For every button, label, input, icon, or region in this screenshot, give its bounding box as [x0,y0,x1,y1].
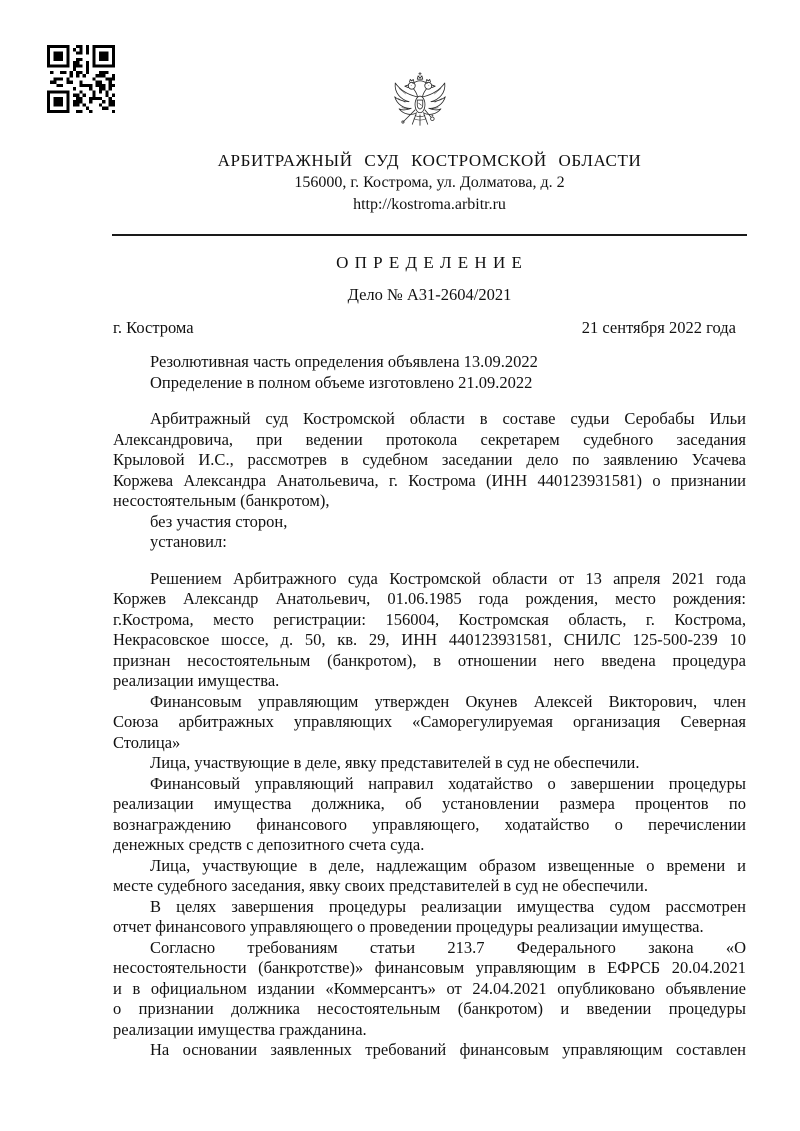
document-type-title: О П Р Е Д Е Л Е Н И Е [113,252,746,274]
text-line: Лица, участвующие в деле, надлежащим обр… [113,856,746,877]
place-date-row: г. Кострома 21 сентября 2022 года [113,318,746,338]
paragraph: Финансовым управляющим утвержден Окунев … [113,692,746,754]
paragraph: Арбитражный суд Костромской области в со… [113,409,746,512]
paragraph: Определение в полном объеме изготовлено … [113,373,746,394]
text-line: Крыловой И.С., рассмотрев в судебном зас… [113,450,746,471]
text-line: Согласно требованиям статьи 213.7 Федера… [113,938,746,959]
text-line: несостоятельным (банкротом), [113,491,746,512]
text-line: Резолютивная часть определения объявлена… [113,352,746,373]
text-line: Коржев Александр Анатольевич, 01.06.1985… [113,589,746,610]
text-line: признан несостоятельным (банкротом), в о… [113,651,746,672]
date-label: 21 сентября 2022 года [582,318,736,338]
text-line: денежных средств с депозитного счета суд… [113,835,746,856]
court-address: 156000, г. Кострома, ул. Долматова, д. 2 [113,172,746,194]
text-line: В целях завершения процедуры реализации … [113,897,746,918]
text-line: Арбитражный суд Костромской области в со… [113,409,746,430]
text-line: Александровича, при ведении протокола се… [113,430,746,451]
document-content: АРБИТРАЖНЫЙ СУД КОСТРОМСКОЙ ОБЛАСТИ 1560… [113,150,746,1061]
paragraph: без участия сторон, [113,512,746,533]
paragraph: Согласно требованиям статьи 213.7 Федера… [113,938,746,1041]
text-line: несостоятельности (банкротстве)» финансо… [113,958,746,979]
paragraph: Финансовый управляющий направил ходатайс… [113,774,746,856]
text-line: без участия сторон, [113,512,746,533]
text-line: Лица, участвующие в деле, явку представи… [113,753,746,774]
coat-of-arms-icon [387,70,453,140]
text-line: Союза арбитражных управляющих «Саморегул… [113,712,746,733]
paragraph: Резолютивная часть определения объявлена… [113,352,746,373]
paragraph: установил: [113,532,746,553]
paragraph: Лица, участвующие в деле, надлежащим обр… [113,856,746,897]
text-line: Столица» [113,733,746,754]
court-name: АРБИТРАЖНЫЙ СУД КОСТРОМСКОЙ ОБЛАСТИ [113,150,746,172]
paragraph: В целях завершения процедуры реализации … [113,897,746,938]
court-website: http://kostroma.arbitr.ru [113,194,746,216]
text-line: Финансовым управляющим утвержден Окунев … [113,692,746,713]
text-line: Финансовый управляющий направил ходатайс… [113,774,746,795]
text-line: и в официальном издании «Коммерсантъ» от… [113,979,746,1000]
text-line: Коржева Александра Анатольевича, г. Кост… [113,471,746,492]
text-line: установил: [113,532,746,553]
case-number: Дело № А31-2604/2021 [113,284,746,306]
text-line: вознаграждению финансового управляющего,… [113,815,746,836]
document-body: Резолютивная часть определения объявлена… [113,352,746,1061]
text-line: Некрасовское шоссе, д. 50, кв. 29, ИНН 4… [113,630,746,651]
paragraph: Решением Арбитражного суда Костромской о… [113,569,746,692]
paragraph: На основании заявленных требований финан… [113,1040,746,1061]
text-line: отчет финансового управляющего о проведе… [113,917,746,938]
text-line: Решением Арбитражного суда Костромской о… [113,569,746,590]
text-line: о признании должника несостоятельным (ба… [113,999,746,1020]
qr-code-icon [47,45,115,113]
text-line: месте судебного заседания, явку своих пр… [113,876,746,897]
text-line: Определение в полном объеме изготовлено … [113,373,746,394]
text-line: г.Кострома, место регистрации: 156004, К… [113,610,746,631]
text-line: реализации имущества должника, об устано… [113,794,746,815]
text-line: На основании заявленных требований финан… [113,1040,746,1061]
header-divider [112,234,747,236]
text-line: реализации имущества. [113,671,746,692]
document-page: АРБИТРАЖНЫЙ СУД КОСТРОМСКОЙ ОБЛАСТИ 1560… [0,0,800,1131]
place-label: г. Кострома [113,318,194,338]
text-line: реализации имущества гражданина. [113,1020,746,1041]
paragraph: Лица, участвующие в деле, явку представи… [113,753,746,774]
